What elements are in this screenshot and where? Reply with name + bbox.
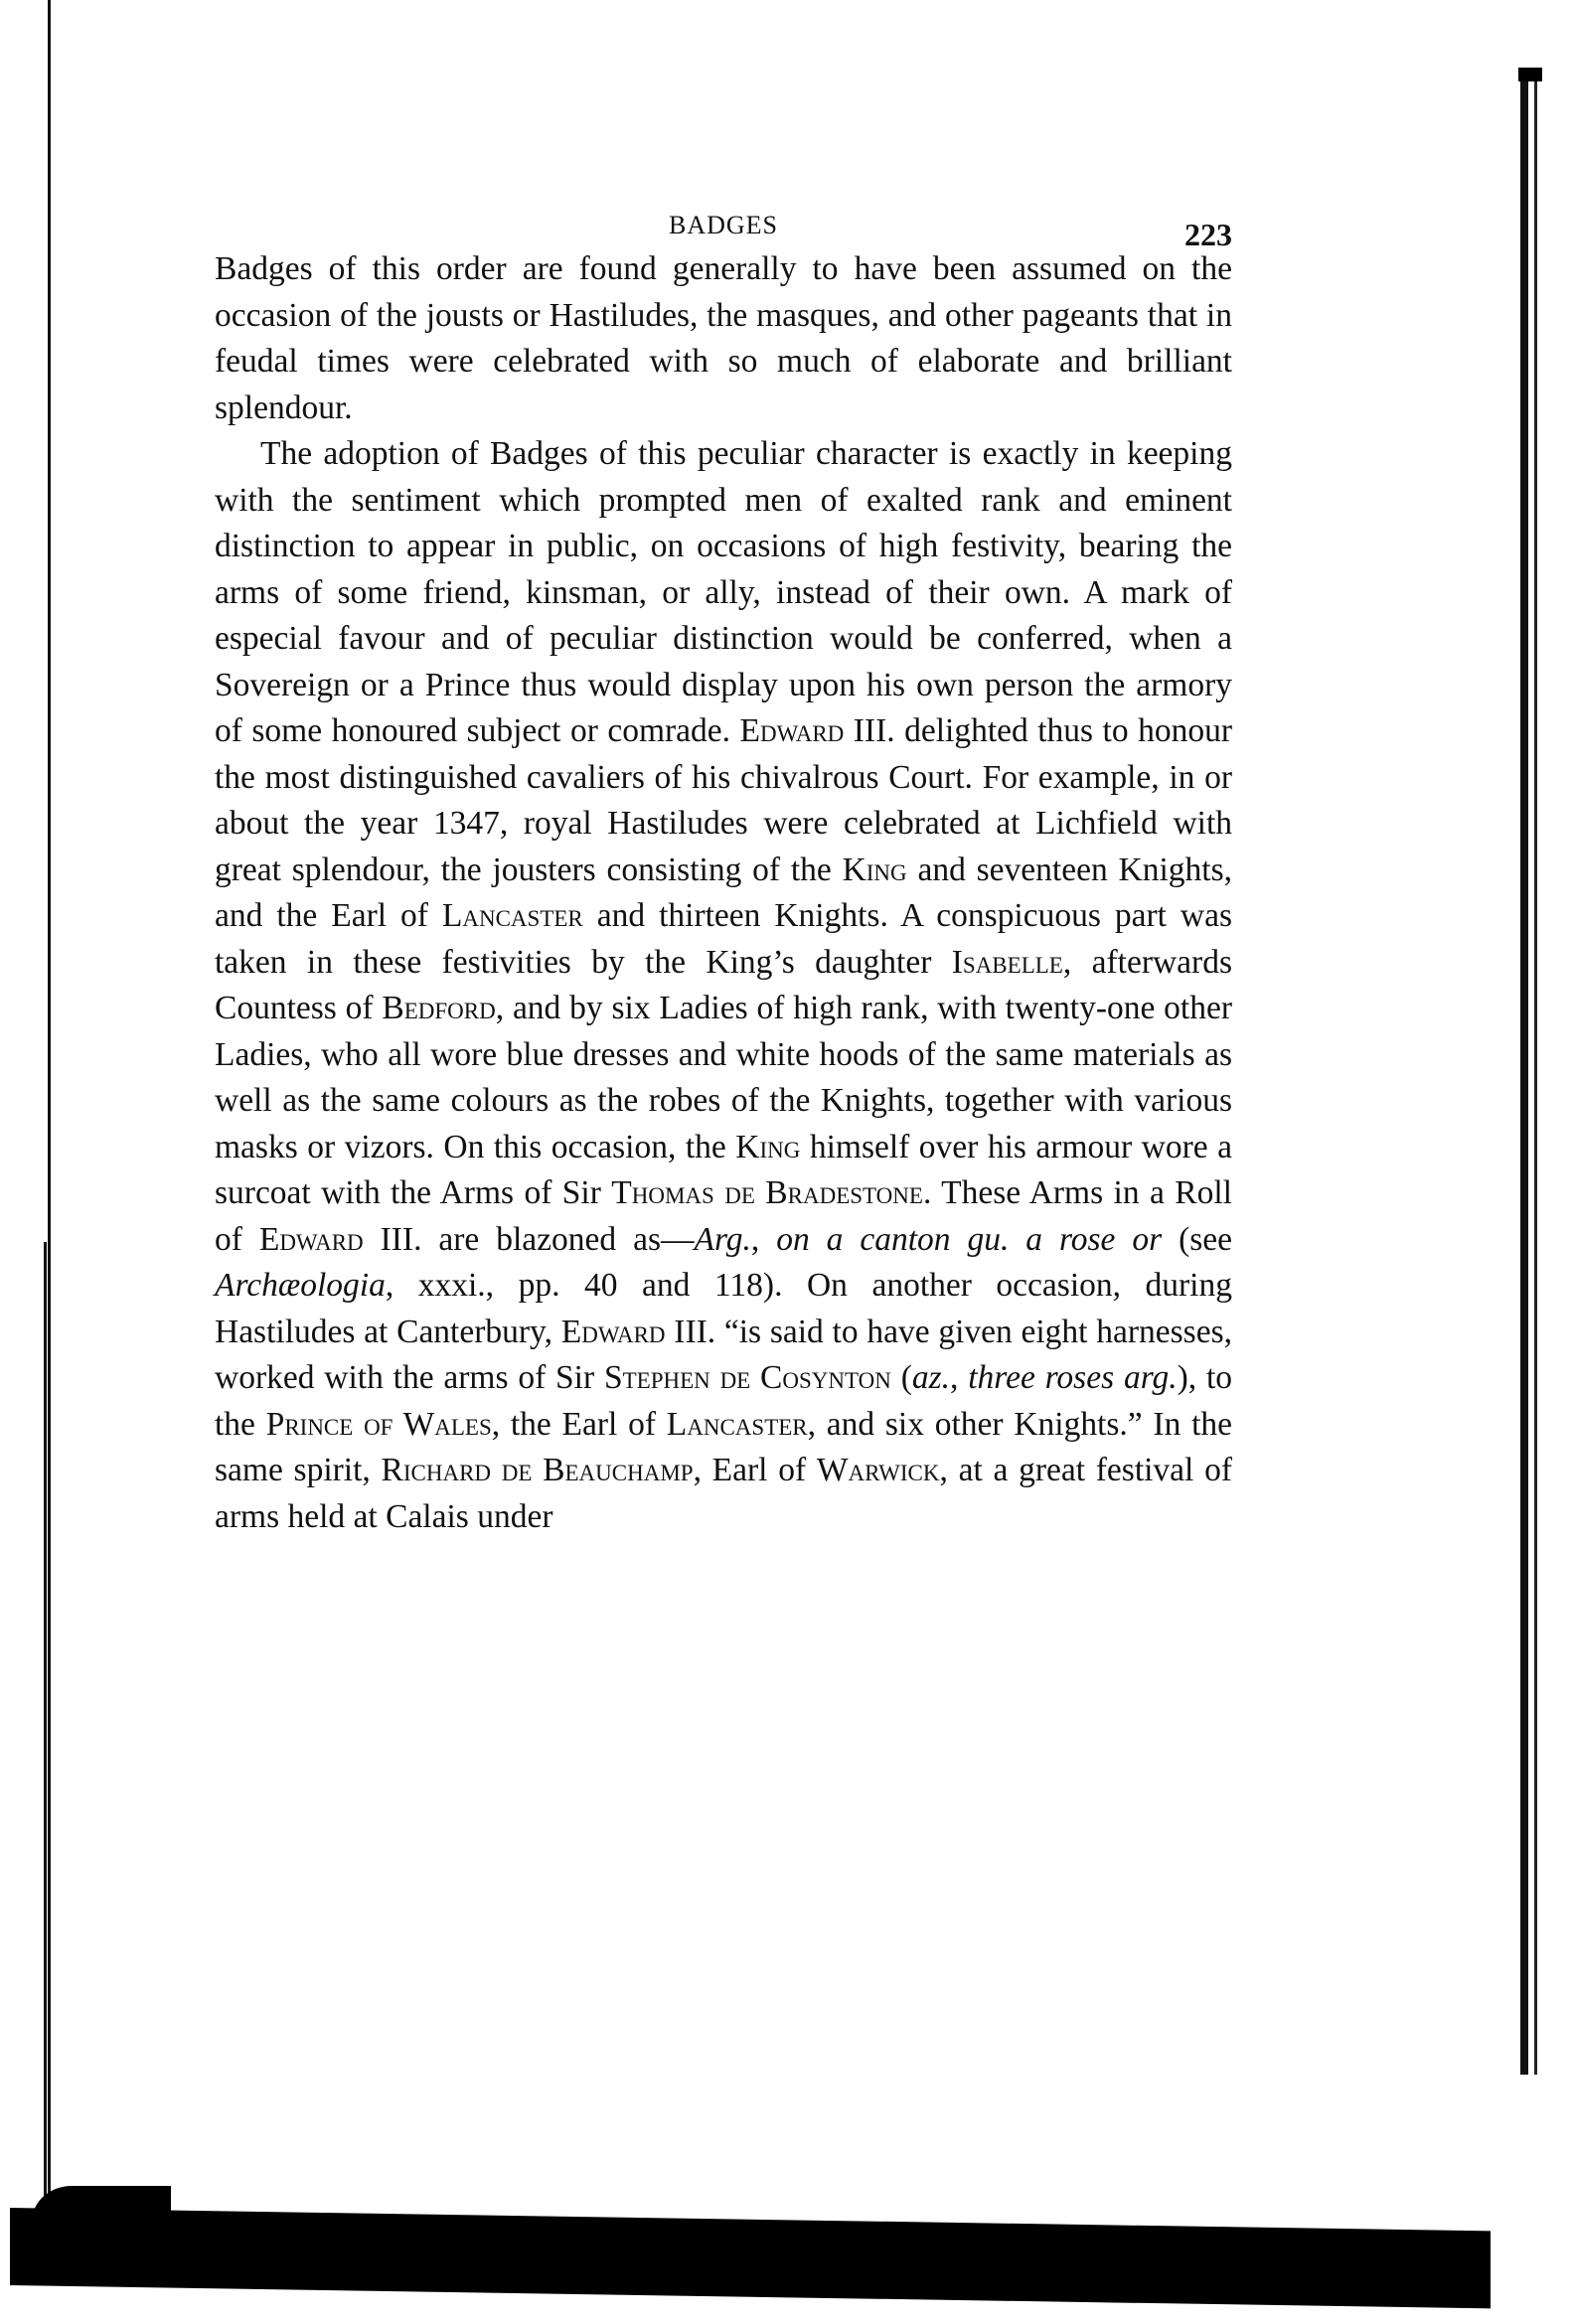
small-caps-name: Lancaster [667, 1406, 808, 1443]
paragraph: Badges of this order are found generally… [215, 246, 1232, 431]
scan-right-page-edge [1520, 68, 1528, 2075]
text-run: ( [891, 1359, 912, 1396]
text-run: The adoption of Badges of this peculiar … [215, 435, 1232, 749]
running-title: BADGES [215, 211, 1232, 240]
scan-right-edge-cap [1518, 68, 1542, 81]
small-caps-name: Stephen de Cosynton [604, 1359, 891, 1396]
small-caps-name: Bedford [382, 990, 495, 1026]
text-run: , Earl of [694, 1452, 817, 1488]
text-run: , [751, 1221, 776, 1258]
small-caps-name: Edward [259, 1221, 364, 1258]
small-caps-name: King [735, 1129, 800, 1165]
text-run: (see [1162, 1221, 1232, 1258]
small-caps-name: Isabelle [952, 944, 1063, 981]
text-run: , the Earl of [492, 1406, 667, 1443]
text-run: III. are blazoned as— [364, 1221, 695, 1258]
text-run: , [950, 1359, 968, 1396]
small-caps-name: Edward [740, 712, 845, 749]
italic-term: az. [912, 1359, 950, 1396]
paragraph: The adoption of Badges of this peculiar … [215, 431, 1232, 1540]
text-run: Badges of this order are found generally… [215, 250, 1232, 426]
scan-right-page-edge-inner [1534, 68, 1537, 2075]
page-number: 223 [1184, 217, 1232, 253]
small-caps-name: Lancaster [442, 897, 583, 934]
small-caps-name: Warwick [817, 1452, 940, 1488]
italic-term: Arg. [694, 1221, 750, 1258]
running-header: BADGES 223 [215, 199, 1232, 246]
scan-bottom-shadow-band [10, 2208, 1491, 2308]
scan-left-page-edge-lower [44, 1242, 47, 2196]
small-caps-name: Thomas de Bradestone [611, 1174, 923, 1211]
small-caps-name: Edward [561, 1314, 666, 1350]
book-page: BADGES 223 Badges of this order are foun… [215, 199, 1232, 1540]
italic-term: on a canton gu. a rose or [776, 1221, 1162, 1258]
italic-term: three roses arg. [968, 1359, 1177, 1396]
scan-left-page-edge [48, 0, 51, 2216]
small-caps-name: King [843, 852, 907, 888]
small-caps-name: Prince of Wales [266, 1406, 492, 1443]
italic-term: Archæologia [215, 1267, 386, 1304]
small-caps-name: Richard de Beauchamp [382, 1452, 694, 1488]
body-text: Badges of this order are found generally… [215, 246, 1232, 1540]
